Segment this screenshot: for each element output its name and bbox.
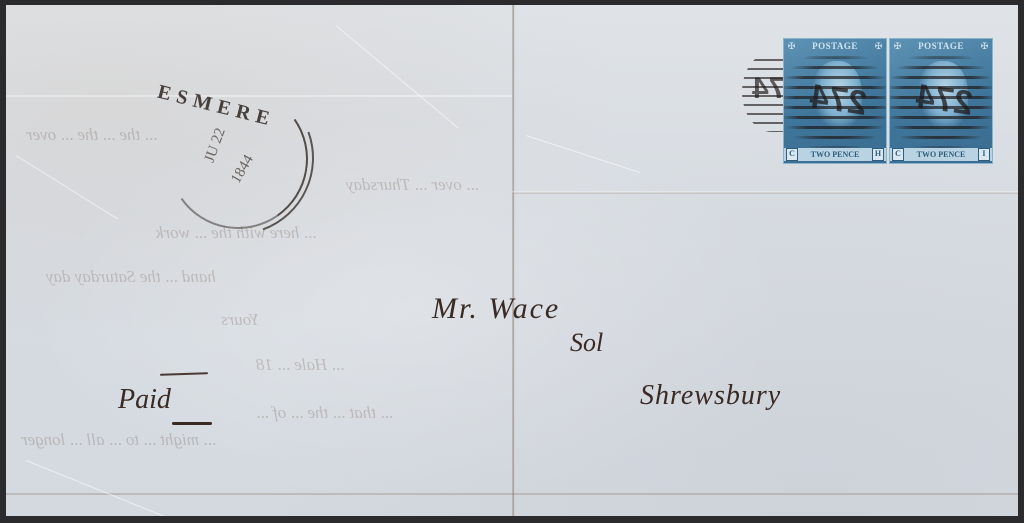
stamp-two-pence-left: ✠ ✠ POSTAGE 274 C TWO PENCE H	[783, 38, 887, 164]
check-letter-left: C	[786, 148, 798, 161]
paper-crease	[26, 460, 165, 516]
paid-underline-bottom	[172, 422, 212, 425]
horizontal-fold	[512, 191, 1018, 194]
cancel-number: 274	[914, 77, 976, 124]
bleed-through-text: ... over ... Thursday	[346, 175, 479, 195]
town-postmark: ESMERE JU 22 1844	[156, 77, 316, 237]
stamp-value: TWO PENCE	[811, 150, 860, 159]
paper-crease	[526, 135, 640, 173]
paid-endorsement: Paid	[118, 384, 171, 416]
bleed-through-text: ... that ... the ... of ...	[256, 403, 393, 423]
address-city: Shrewsbury	[640, 380, 781, 412]
addressee-name: Mr. Wace	[432, 292, 560, 326]
addressee-title: Sol	[570, 328, 603, 358]
stamp-value-bar: C TWO PENCE H	[784, 148, 886, 161]
stamp-two-pence-right: ✠ ✠ POSTAGE 274 C TWO PENCE I	[889, 38, 993, 164]
check-letter-right: H	[872, 148, 884, 161]
bleed-through-text: ... might ... to ... all ... longer	[21, 430, 216, 450]
bleed-through-text: hand ... the Saturday day	[46, 267, 216, 287]
check-letter-right: I	[978, 148, 990, 161]
check-letter-left: C	[892, 148, 904, 161]
bleed-through-text: ... Hale ... 18	[256, 355, 344, 375]
paper-crease	[16, 155, 118, 219]
vertical-fold	[512, 5, 515, 516]
bleed-through-text: ... the ... the ... over	[26, 125, 157, 145]
cancel-number: 274	[808, 77, 870, 124]
stamp-pair: ✠ ✠ POSTAGE 274 C TWO PENCE H ✠ ✠ POSTAG…	[783, 38, 995, 166]
stamp-value: TWO PENCE	[917, 150, 966, 159]
bleed-through-text: Yours	[221, 310, 259, 330]
paper-crease	[336, 25, 459, 129]
bottom-fold	[6, 493, 1018, 495]
stamp-value-bar: C TWO PENCE I	[890, 148, 992, 161]
